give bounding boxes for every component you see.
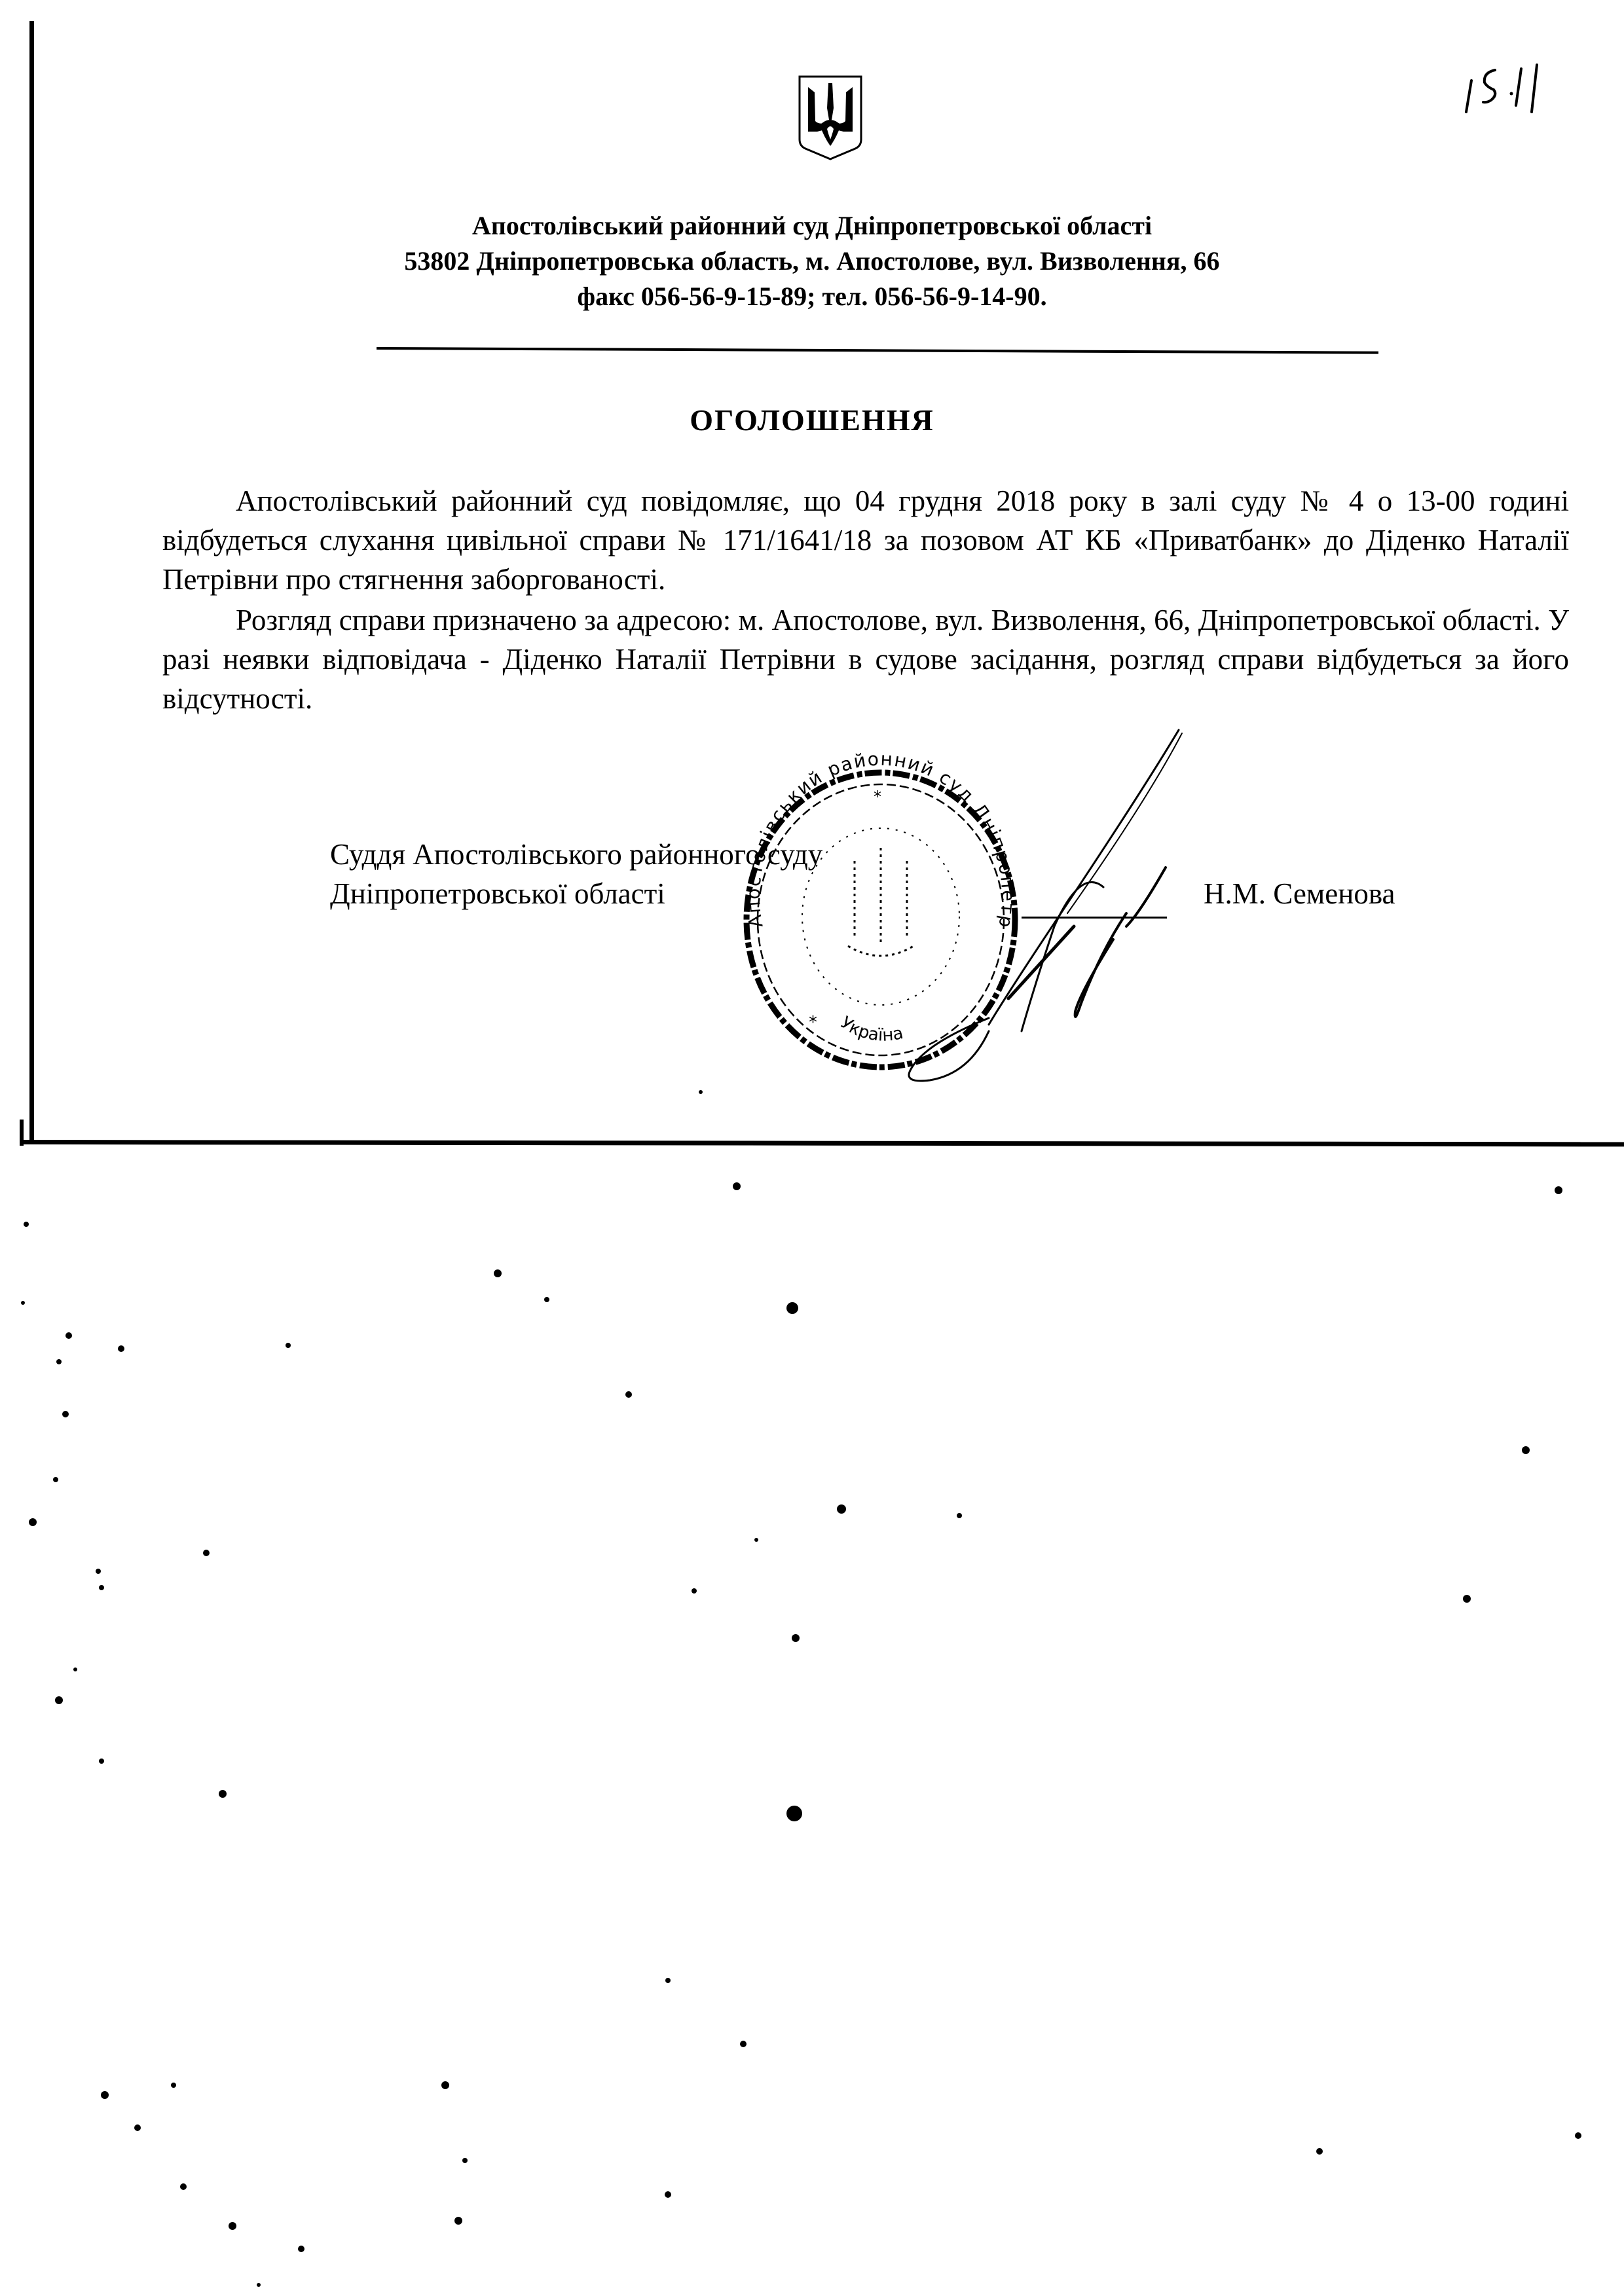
court-address: 53802 Дніпропетровська область, м. Апост…	[0, 244, 1624, 279]
scan-border-bottom	[20, 1140, 1624, 1146]
court-contacts: факс 056-56-9-15-89; тел. 056-56-9-14-90…	[0, 279, 1624, 314]
coat-of-arms-icon	[798, 69, 863, 160]
paragraph-venue: Розгляд справи призначено за адресою: м.…	[162, 600, 1569, 718]
document-title: ОГОЛОШЕННЯ	[0, 403, 1624, 437]
announcement-body: Апостолівський районний суд повідомляє, …	[162, 481, 1569, 718]
letterhead: Апостолівський районний суд Дніпропетров…	[0, 208, 1624, 314]
paragraph-hearing: Апостолівський районний суд повідомляє, …	[162, 481, 1569, 599]
court-name: Апостолівський районний суд Дніпропетров…	[0, 208, 1624, 244]
handwritten-date-note	[1464, 62, 1549, 115]
scan-noise-speckles	[0, 0, 1624, 2296]
judge-name: Н.М. Семенова	[1204, 874, 1395, 913]
scan-border-left	[29, 21, 34, 1140]
letterhead-divider	[377, 347, 1378, 354]
judge-signature	[773, 717, 1205, 1084]
